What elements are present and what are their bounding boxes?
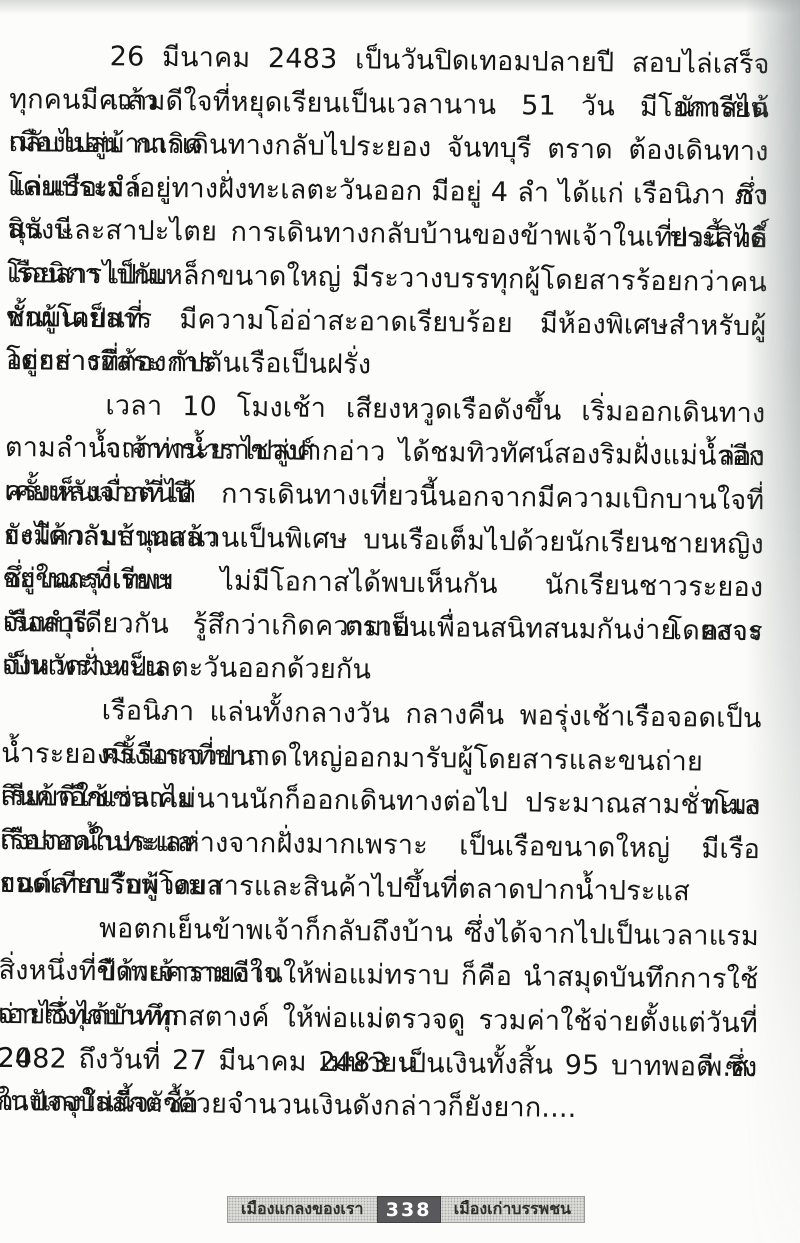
footer-right-label: เมืองเก่าบรรพชน <box>441 1197 584 1222</box>
scanned-book-page: 26 มีนาคม 2483 เป็นวันปิดเทอมปลายปี สอบไ… <box>0 0 800 1243</box>
paragraph: เวลา 10 โมงเช้า เสียงหวูดเรือดังขึ้น เริ… <box>2 383 766 697</box>
footer-bar: เมืองแกลงของเรา 338 เมืองเก่าบรรพชน <box>227 1196 585 1223</box>
paragraph: เรือนิภา แล่นทั้งกลางวัน กลางคืน พอรุ่งเ… <box>0 688 762 915</box>
paragraph: 26 มีนาคม 2483 เป็นวันปิดเทอมปลายปี สอบไ… <box>6 34 770 392</box>
body-text: 26 มีนาคม 2483 เป็นวันปิดเทอมปลายปี สอบไ… <box>0 34 770 1133</box>
text-line: กางเกงใส่สักตัวด้วยจำนวนเงินดังกล่าวก็ยั… <box>0 1080 757 1133</box>
footer-left-label: เมืองแกลงของเรา <box>228 1197 376 1222</box>
scan-top-shadow <box>0 0 800 14</box>
page-number-badge: 338 <box>377 1196 441 1223</box>
paragraph: พอตกเย็นข้าพเจ้าก็กลับถึงบ้าน ซึ่งได้จาก… <box>0 906 759 1133</box>
